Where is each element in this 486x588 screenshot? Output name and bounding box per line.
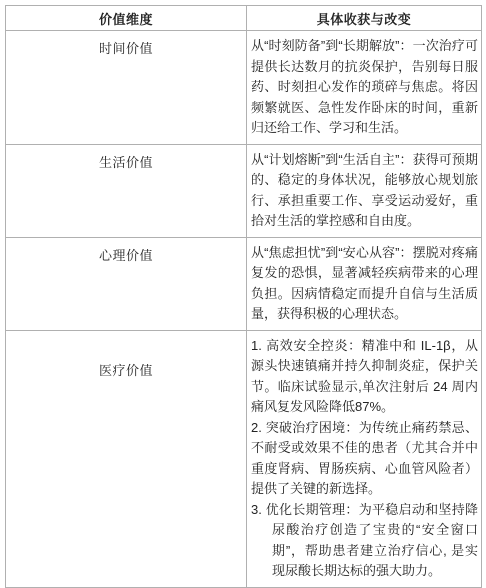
detail-cell-medical: 1. 高效安全控炎：精准中和 IL-1β，从源头快速镇痛并持久抑制炎症，保护关节… bbox=[247, 330, 482, 587]
medical-item-2: 2. 突破治疗困境：为传统止痛药禁忌、不耐受或效果不佳的患者（尤其合并中重度肾病… bbox=[251, 418, 478, 500]
detail-cell-psychological: 从“焦虑担忧”到“安心从容”：摆脱对疼痛复发的恐惧，显著减轻疾病带来的心理负担。… bbox=[247, 237, 482, 330]
dimension-cell-life: 生活价值 bbox=[6, 144, 247, 237]
table-header-row: 价值维度 具体收获与改变 bbox=[6, 6, 482, 31]
detail-cell-life: 从“计划熔断”到“生活自主”：获得可预期的、稳定的身体状况，能够放心规划旅行、承… bbox=[247, 144, 482, 237]
detail-text: 从“计划熔断”到“生活自主”：获得可预期的、稳定的身体状况，能够放心规划旅行、承… bbox=[251, 150, 478, 232]
medical-item-1: 1. 高效安全控炎：精准中和 IL-1β，从源头快速镇痛并持久抑制炎症，保护关节… bbox=[251, 336, 478, 418]
header-value-dimension: 价值维度 bbox=[6, 6, 247, 31]
detail-text: 从“时刻防备”到“长期解放”：一次治疗可提供长达数月的抗炎保护，告别每日服药、时… bbox=[251, 36, 478, 139]
dimension-cell-psychological: 心理价值 bbox=[6, 237, 247, 330]
dimension-label: 医疗价值 bbox=[99, 363, 153, 378]
dimension-cell-time: 时间价值 bbox=[6, 31, 247, 145]
detail-cell-time: 从“时刻防备”到“长期解放”：一次治疗可提供长达数月的抗炎保护，告别每日服药、时… bbox=[247, 31, 482, 145]
dimension-label: 生活价值 bbox=[99, 155, 153, 170]
dimension-label: 心理价值 bbox=[99, 248, 153, 263]
dimension-cell-medical: 医疗价值 bbox=[6, 330, 247, 587]
table-row-time-value: 时间价值 从“时刻防备”到“长期解放”：一次治疗可提供长达数月的抗炎保护，告别每… bbox=[6, 31, 482, 145]
value-table: 价值维度 具体收获与改变 时间价值 从“时刻防备”到“长期解放”：一次治疗可提供… bbox=[5, 5, 482, 588]
dimension-label: 时间价值 bbox=[99, 41, 153, 56]
table-row-life-value: 生活价值 从“计划熔断”到“生活自主”：获得可预期的、稳定的身体状况，能够放心规… bbox=[6, 144, 482, 237]
detail-text: 从“焦虑担忧”到“安心从容”：摆脱对疼痛复发的恐惧，显著减轻疾病带来的心理负担。… bbox=[251, 243, 478, 325]
table-row-medical-value: 医疗价值 1. 高效安全控炎：精准中和 IL-1β，从源头快速镇痛并持久抑制炎症… bbox=[6, 330, 482, 587]
header-gains-changes: 具体收获与改变 bbox=[247, 6, 482, 31]
document-page: 价值维度 具体收获与改变 时间价值 从“时刻防备”到“长期解放”：一次治疗可提供… bbox=[0, 0, 486, 573]
medical-item-3: 3. 优化长期管理：为平稳启动和坚持降尿酸治疗创造了宝贵的“安全窗口期”，帮助患… bbox=[251, 500, 478, 582]
table-row-psychological-value: 心理价值 从“焦虑担忧”到“安心从容”：摆脱对疼痛复发的恐惧，显著减轻疾病带来的… bbox=[6, 237, 482, 330]
